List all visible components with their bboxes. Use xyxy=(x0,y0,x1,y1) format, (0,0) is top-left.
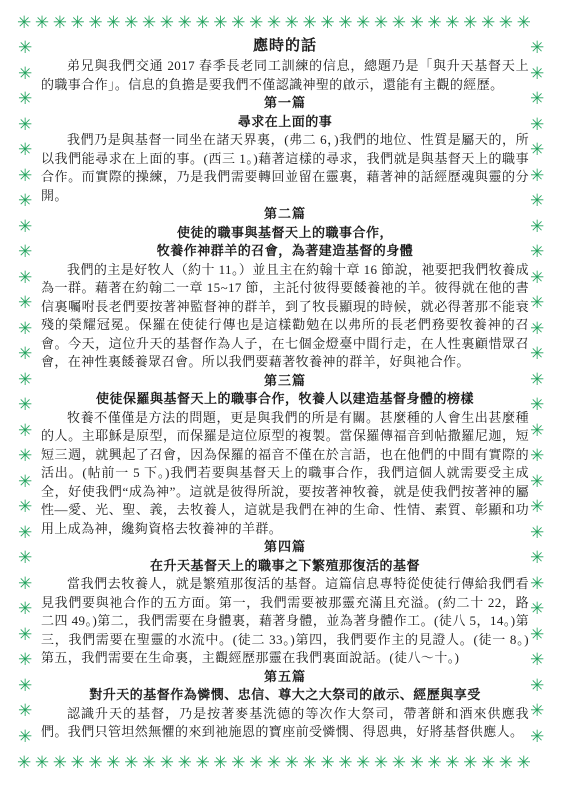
section-1-body: 我們乃是與基督一同坐在諸天界裏，(弗二 6，)我們的地位、性質是屬天的，所以我們… xyxy=(41,131,529,205)
section-2: 第二篇 使徒的職事與基督天上的職事合作， 牧養作神群羊的召會，為著建造基督的身體… xyxy=(41,205,529,372)
section-3-number: 第三篇 xyxy=(41,372,529,391)
section-4: 第四篇 在升天基督天上的職事之下繁殖那復活的基督 當我們去牧養人，就是繁殖那復活… xyxy=(41,538,529,668)
section-3: 第三篇 使徒保羅與基督天上的職事合作，牧養人以建造基督身體的榜樣 牧養不僅僅是方… xyxy=(41,372,529,539)
document-title: 應時的話 xyxy=(41,35,529,57)
document-content: 應時的話 弟兄與我們交通 2017 春季長老同工訓練的信息，總題乃是「與升天基督… xyxy=(41,35,529,742)
intro-paragraph: 弟兄與我們交通 2017 春季長老同工訓練的信息，總題乃是「與升天基督天上的職事… xyxy=(41,57,529,94)
section-1-number: 第一篇 xyxy=(41,94,529,113)
asterisk-border-bottom-icon: ✳✳✳✳✳✳✳✳✳✳✳✳✳✳✳✳✳✳✳✳✳✳✳✳✳✳✳✳✳ xyxy=(17,753,548,773)
section-4-subtitle: 在升天基督天上的職事之下繁殖那復活的基督 xyxy=(41,557,529,576)
section-2-number: 第二篇 xyxy=(41,205,529,224)
section-2-body: 我們的主是好牧人（約十 11。）並且主在約翰十章 16 節說，祂要把我們牧養成為… xyxy=(41,261,529,372)
asterisk-border-left-icon: ✳✳✳✳✳✳✳✳✳✳✳✳✳✳✳✳✳✳✳✳✳✳✳✳✳✳✳✳ xyxy=(18,36,38,751)
section-5-subtitle: 對升天的基督作為憐憫、忠信、尊大之大祭司的啟示、經歷與享受 xyxy=(41,686,529,705)
section-3-body: 牧養不僅僅是方法的問題，更是與我們的所是有關。甚麼種的人會生出甚麼種的人。主耶穌… xyxy=(41,409,529,539)
section-4-body: 當我們去牧養人，就是繁殖那復活的基督。這篇信息專特從使徒行傳給我們看見我們要與祂… xyxy=(41,575,529,668)
section-5-body: 認識升天的基督，乃是按著麥基洗德的等次作大祭司，帶著餅和酒來供應我們。我們只管坦… xyxy=(41,705,529,742)
section-1-subtitle: 尋求在上面的事 xyxy=(41,113,529,132)
section-5-number: 第五篇 xyxy=(41,668,529,687)
asterisk-border-right-icon: ✳✳✳✳✳✳✳✳✳✳✳✳✳✳✳✳✳✳✳✳✳✳✳✳✳✳✳✳ xyxy=(530,36,550,751)
document-page: ✳✳✳✳✳✳✳✳✳✳✳✳✳✳✳✳✳✳✳✳✳✳✳✳✳✳✳✳✳ ✳✳✳✳✳✳✳✳✳✳… xyxy=(0,0,565,800)
asterisk-border-top-icon: ✳✳✳✳✳✳✳✳✳✳✳✳✳✳✳✳✳✳✳✳✳✳✳✳✳✳✳✳✳ xyxy=(17,13,548,33)
section-3-subtitle: 使徒保羅與基督天上的職事合作，牧養人以建造基督身體的榜樣 xyxy=(41,390,529,409)
section-2-subtitle-line1: 使徒的職事與基督天上的職事合作， xyxy=(41,224,529,243)
section-2-subtitle-line2: 牧養作神群羊的召會，為著建造基督的身體 xyxy=(41,242,529,261)
section-1: 第一篇 尋求在上面的事 我們乃是與基督一同坐在諸天界裏，(弗二 6，)我們的地位… xyxy=(41,94,529,205)
section-5: 第五篇 對升天的基督作為憐憫、忠信、尊大之大祭司的啟示、經歷與享受 認識升天的基… xyxy=(41,668,529,742)
section-4-number: 第四篇 xyxy=(41,538,529,557)
